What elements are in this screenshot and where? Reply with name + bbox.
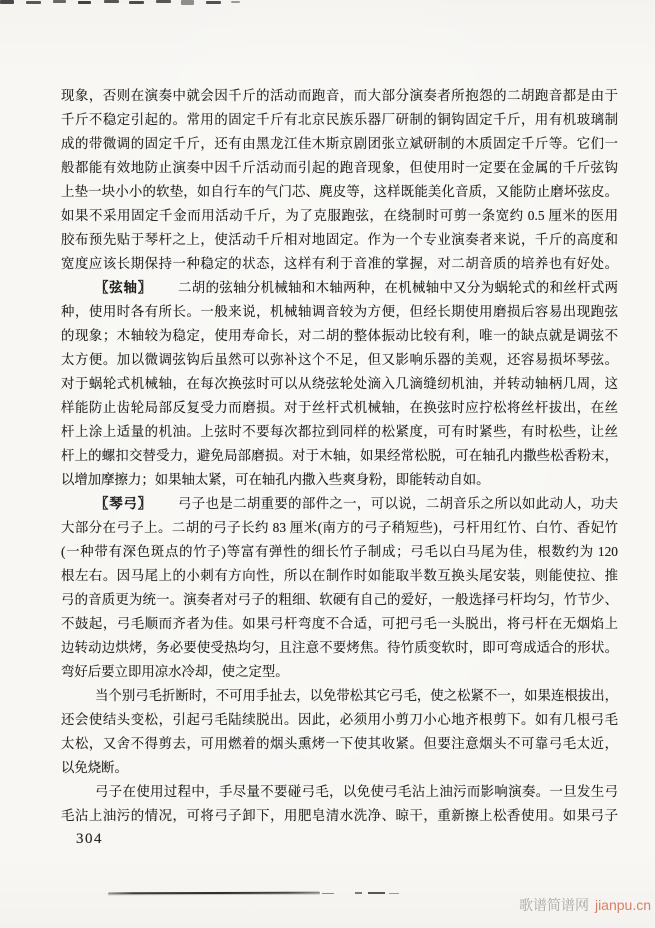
para-bow-usage-line-1: 毛沾上油污的情况，可将弓子卸下，用肥皂清水洗净、晾干，重新擦上松香使用。如果弓子 (61, 804, 618, 828)
section-term: 〖琴弓〗 (95, 496, 152, 511)
scan-dash (156, 0, 171, 3)
para-qianjin-continuation-line-7: 宽度应该长期保持一种稳定的状态，这样有利于音准的掌握，对二胡音质的培养也有好处。 (61, 252, 618, 276)
para-qingong-line-2: (一种带有深色斑点的竹子)等富有弹性的细长竹子制成；弓毛以白马尾为佳，根数约为 … (61, 540, 618, 564)
scan-artifact-dash (355, 892, 362, 894)
para-xianzhou-line-3: 太方便。加以微调弦钩后虽然可以弥补这个不足，但又影响乐器的美观，还容易损坏琴弦。 (61, 348, 618, 372)
para-qianjin-continuation-line-3: 般都能有效地防止演奏中因千斤活动而引起的跑音现象，但使用时一定要在金属的千斤弦钩 (61, 156, 618, 180)
scan-dash (231, 1, 240, 3)
para-bowhair-break-line-3: 以免烧断。 (61, 756, 618, 780)
para-qingong-line-5: 不鼓起，弓毛顺而齐者为佳。如果弓杆弯度不合适，可把弓毛一头脱出，将弓杆在无烟焰上 (61, 612, 618, 636)
para-qianjin-continuation-line-1: 千斤不稳定引起的。常用的固定千斤有北京民族乐器厂研制的铜钩固定千斤，用有机玻璃制 (61, 108, 618, 132)
para-xianzhou-line-5: 样能防止齿轮局部反复受力而磨损。对于丝杆式机械轴，在换弦时应拧松将丝杆拔出，在丝 (61, 396, 618, 420)
para-xianzhou-line-0: 〖弦轴〗二胡的弦轴分机械轴和木轴两种，在机械轴中又分为蜗轮式的和丝杆式两 (61, 276, 618, 300)
line-text: 弓子也是二胡重要的部件之一，可以说，二胡音乐之所以如此动人，功夫 (178, 496, 618, 511)
para-qianjin-continuation-line-4: 上垫一块小小的软垫，如自行车的气门芯、麂皮等，这样既能美化音质，又能防止磨坏弦皮… (61, 180, 618, 204)
para-qianjin-continuation-line-0: 现象，否则在演奏中就会因千斤的活动而跑音，而大部分演奏者所抱怨的二胡跑音都是由于 (61, 84, 618, 108)
text-block: 现象，否则在演奏中就会因千斤的活动而跑音，而大部分演奏者所抱怨的二胡跑音都是由于… (61, 84, 618, 828)
para-xianzhou-line-2: 的现象；木轴较为稳定，使用寿命长，对二胡的整体振动比较有利，唯一的缺点就是调弦不 (61, 324, 618, 348)
para-qingong-line-0: 〖琴弓〗弓子也是二胡重要的部件之一，可以说，二胡音乐之所以如此动人，功夫 (61, 492, 618, 516)
para-qingong-line-3: 根左右。因马尾上的小刺有方向性，所以在制作时如能取半数互换头尾安装，则能使拉、推 (61, 564, 618, 588)
para-xianzhou-line-1: 种，使用时各有所长。一般来说，机械轴调音较为方便，但经长期使用磨损后容易出现跑弦 (61, 300, 618, 324)
para-qianjin-continuation-line-2: 成的带微调的固定千斤，还有由黑龙江佳木斯京剧团张立斌研制的木质固定千斤等。它们一 (61, 132, 618, 156)
para-bow-usage-line-0: 弓子在使用过程中，手尽量不要碰弓毛，以免使弓毛沾上油污而影响演奏。一旦发生弓 (61, 780, 618, 804)
para-xianzhou-line-6: 杆上涂上适量的机油。上弦时不要每次都拉到同样的松紧度，可有时紧些，有时松些，让丝 (61, 420, 618, 444)
scan-artifact-dash (322, 893, 334, 894)
scan-dash (206, 1, 221, 4)
scan-artifact-dash (368, 892, 385, 894)
scan-artifact-dash (389, 893, 399, 894)
para-qianjin-continuation-line-5: 如果不采用固定千金而用活动千斤，为了克服跑弦，在绕制时可剪一条宽约 0.5 厘米… (61, 204, 618, 228)
para-bowhair-break-line-0: 当个别弓毛折断时，不可用手扯去，以免带松其它弓毛，使之松紧不一，如果连根拔出， (61, 684, 618, 708)
page-number: 304 (76, 831, 103, 848)
scan-dash (129, 1, 144, 4)
para-xianzhou-line-7: 杆上的螺扣交替受力，避免局部磨损。对于木轴，如果经常松脱，可在轴孔内撒些松香粉末… (61, 444, 618, 468)
para-qingong-line-4: 弓的音质更为统一。演奏者对弓子的粗细、软硬有自己的爱好，一般选择弓杆均匀，竹节少… (61, 588, 618, 612)
watermark-site-name: 歌谱简谱网 (519, 899, 589, 914)
scan-dash (181, 0, 194, 5)
para-qingong-line-6: 边转动边烘烤，务必要使受热均匀，且注意不要烤焦。待竹质变软时，即可弯成适合的形状… (61, 636, 618, 660)
para-xianzhou-line-4: 对于蜗轮式机械轴，在每次换弦时可以从绕弦轮处滴入几滴缝纫机油，并转动轴柄几周，这 (61, 372, 618, 396)
para-qingong-line-7: 弯好后要立即用凉水冷却，使之定型。 (61, 660, 618, 684)
watermark: 歌谱简谱网jianpu.cn (519, 897, 651, 915)
para-bowhair-break-line-1: 还会使结头变松，引起弓毛陆续脱出。因此，必须用小剪刀小心地齐根剪下。如有几根弓毛 (61, 708, 618, 732)
para-xianzhou-line-8: 以增加摩擦力；如果轴太紧，可在轴孔内撒入些爽身粉，即能转动自如。 (61, 468, 618, 492)
para-qianjin-continuation-line-6: 胶布预先贴于琴杆之上，使活动千斤相对地固定。作为一个专业演奏者来说，千斤的高度和 (61, 228, 618, 252)
para-qingong-line-1: 大部分在弓子上。二胡的弓子长约 83 厘米(南方的弓子稍短些)，弓杆用红竹、白竹… (61, 516, 618, 540)
scanned-book-page: { "page": { "number": "304", "background… (0, 0, 655, 928)
para-bowhair-break-line-2: 太松，又舍不得剪去，可用燃着的烟头熏烤一下使其收紧。但要注意烟头不可靠弓毛太近， (61, 732, 618, 756)
scan-dash (53, 0, 66, 3)
line-text: 二胡的弦轴分机械轴和木轴两种，在机械轴中又分为蜗轮式的和丝杆式两 (178, 280, 618, 295)
section-term: 〖弦轴〗 (95, 280, 152, 295)
scan-artifact-line (108, 892, 320, 895)
scan-dash (0, 0, 14, 4)
watermark-site-url: jianpu.cn (595, 897, 651, 913)
scan-dash (104, 0, 119, 3)
scan-dash (78, 1, 91, 4)
scan-dash (26, 1, 41, 4)
